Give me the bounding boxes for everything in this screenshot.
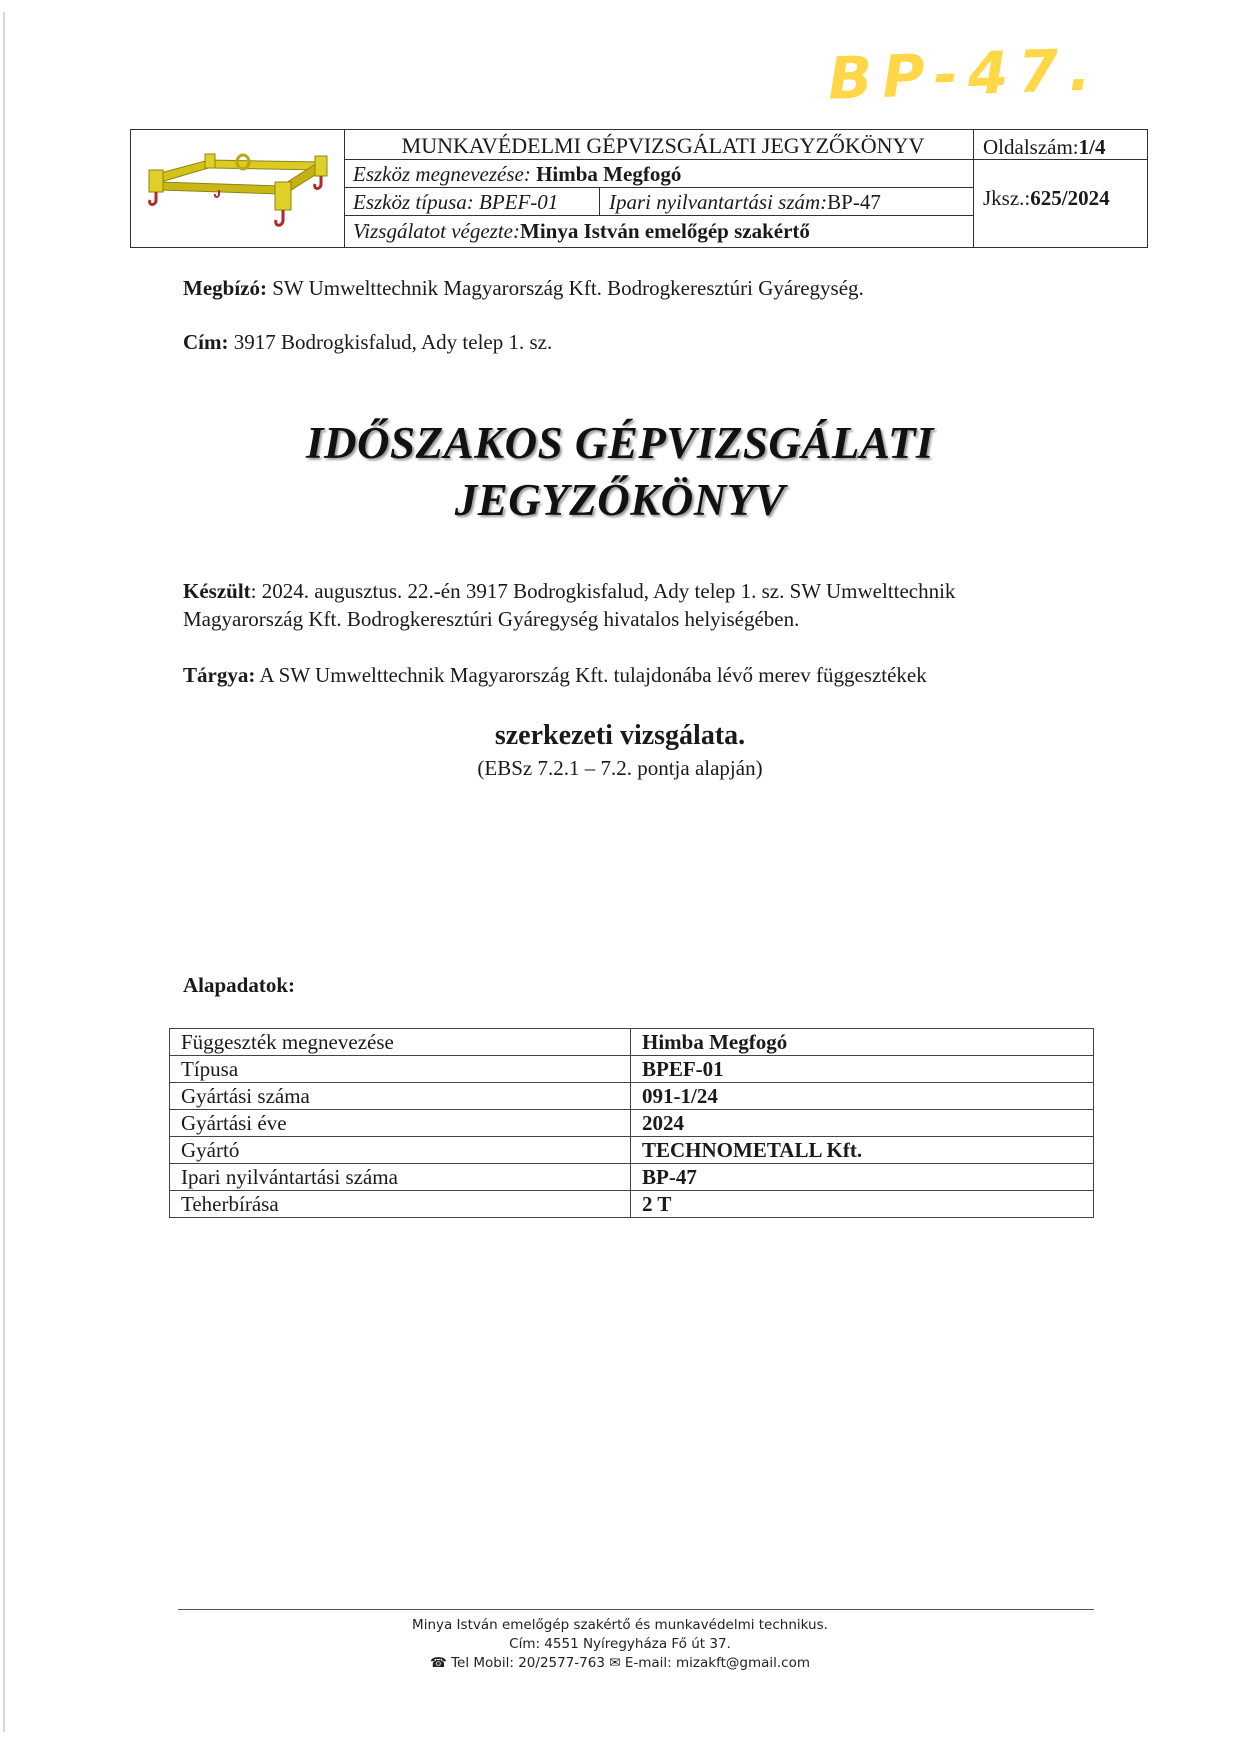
footer-contact: ☎ Tel Mobil: 20/2577-763 ✉ E-mail: mizak…: [0, 1655, 1240, 1671]
record-number: Jksz.:625/2024: [983, 186, 1110, 211]
row-key: Gyártási száma: [170, 1083, 631, 1110]
page-number: Oldalszám:1/4: [974, 130, 1147, 160]
footer-email[interactable]: E-mail: mizakft@gmail.com: [625, 1655, 810, 1671]
registry-label: Ipari nyilvantartási szám:: [609, 190, 827, 214]
page-label: Oldalszám:: [983, 135, 1079, 159]
table-row: Gyártási száma091-1/24: [170, 1083, 1094, 1110]
client-line: Megbízó: SW Umwelttechnik Magyarország K…: [183, 273, 864, 303]
handwritten-stamp: BP-47.: [827, 35, 1102, 112]
inspector-row: Vizsgálatot végezte:Minya István emelőgé…: [345, 216, 973, 247]
row-key: Teherbírása: [170, 1191, 631, 1218]
row-key: Típusa: [170, 1056, 631, 1083]
lifting-beam-icon: [131, 130, 343, 247]
made-label: Készült: [183, 579, 251, 603]
client-value: SW Umwelttechnik Magyarország Kft. Bodro…: [272, 276, 864, 300]
subject-heading: szerkezeti vizsgálata.: [0, 720, 1240, 752]
device-type-label: Eszköz típusa:: [353, 190, 474, 214]
basic-data-label: Alapadatok:: [183, 973, 295, 998]
row-value: BPEF-01: [631, 1056, 1094, 1083]
protocol-heading: MUNKAVÉDELMI GÉPVIZSGÁLATI JEGYZŐKÖNYV: [345, 130, 973, 160]
scan-edge: [3, 12, 5, 1732]
page-value: 1/4: [1079, 135, 1106, 159]
footer-phone: Tel Mobil: 20/2577-763: [451, 1655, 605, 1671]
row-value: 2024: [631, 1110, 1094, 1137]
inspector-value: Minya István emelőgép szakértő: [520, 219, 810, 243]
registry-cell: Ipari nyilvantartási szám:BP-47: [609, 192, 881, 213]
address-label: Cím:: [183, 330, 229, 354]
device-name-value: Himba Megfogó: [536, 162, 681, 186]
device-name-label: Eszköz megnevezése:: [353, 162, 531, 186]
inspector-label: Vizsgálatot végezte:: [353, 219, 520, 243]
row-value: 2 T: [631, 1191, 1094, 1218]
footer-rule: [178, 1609, 1094, 1610]
row-value: TECHNOMETALL Kft.: [631, 1137, 1094, 1164]
footer-line2: Cím: 4551 Nyíregyháza Fő út 37.: [0, 1636, 1240, 1652]
subject-line: Tárgya: A SW Umwelttechnik Magyarország …: [183, 660, 927, 690]
made-line1: Készült: 2024. augusztus. 22.-én 3917 Bo…: [183, 576, 955, 606]
table-row: Ipari nyilvántartási számaBP-47: [170, 1164, 1094, 1191]
table-row: TípusaBPEF-01: [170, 1056, 1094, 1083]
device-name-row: Eszköz megnevezése: Himba Megfogó: [345, 160, 973, 188]
header-table: MUNKAVÉDELMI GÉPVIZSGÁLATI JEGYZŐKÖNYV E…: [130, 129, 1148, 248]
basic-data-table: Függeszték megnevezéseHimba MegfogóTípus…: [169, 1028, 1094, 1218]
device-type-row: Eszköz típusa: BPEF-01 Ipari nyilvantart…: [345, 188, 973, 216]
table-row: GyártóTECHNOMETALL Kft.: [170, 1137, 1094, 1164]
cell-divider: [599, 188, 600, 215]
row-value: BP-47: [631, 1164, 1094, 1191]
row-value: 091-1/24: [631, 1083, 1094, 1110]
address-value: 3917 Bodrogkisfalud, Ady telep 1. sz.: [234, 330, 552, 354]
envelope-icon: ✉: [609, 1655, 620, 1671]
made-line2: Magyarország Kft. Bodrogkeresztúri Gyáre…: [183, 604, 799, 634]
document-title-line1: IDŐSZAKOS GÉPVIZSGÁLATI: [0, 414, 1240, 472]
device-image: [131, 130, 345, 247]
phone-icon: ☎: [430, 1655, 447, 1671]
row-key: Gyártási éve: [170, 1110, 631, 1137]
subject-value: A SW Umwelttechnik Magyarország Kft. tul…: [259, 663, 926, 687]
table-row: Teherbírása2 T: [170, 1191, 1094, 1218]
row-key: Függeszték megnevezése: [170, 1029, 631, 1056]
client-label: Megbízó:: [183, 276, 267, 300]
subject-label: Tárgya:: [183, 663, 255, 687]
document-title-line2: JEGYZŐKÖNYV: [0, 471, 1240, 529]
header-info: MUNKAVÉDELMI GÉPVIZSGÁLATI JEGYZŐKÖNYV E…: [345, 130, 974, 247]
address-line: Cím: 3917 Bodrogkisfalud, Ady telep 1. s…: [183, 327, 552, 357]
subject-reference: (EBSz 7.2.1 – 7.2. pontja alapján): [0, 756, 1240, 781]
table-row: Gyártási éve2024: [170, 1110, 1094, 1137]
footer-line1: Minya István emelőgép szakértő és munkav…: [0, 1617, 1240, 1633]
registry-value: BP-47: [827, 190, 881, 214]
record-label: Jksz.:: [983, 186, 1030, 210]
device-type-value: BPEF-01: [479, 190, 558, 214]
header-right-column: Oldalszám:1/4 Jksz.:625/2024: [974, 130, 1147, 247]
record-value: 625/2024: [1030, 186, 1109, 210]
table-row: Függeszték megnevezéseHimba Megfogó: [170, 1029, 1094, 1056]
made-text-1: : 2024. augusztus. 22.-én 3917 Bodrogkis…: [251, 579, 956, 603]
row-value: Himba Megfogó: [631, 1029, 1094, 1056]
row-key: Gyártó: [170, 1137, 631, 1164]
row-key: Ipari nyilvántartási száma: [170, 1164, 631, 1191]
